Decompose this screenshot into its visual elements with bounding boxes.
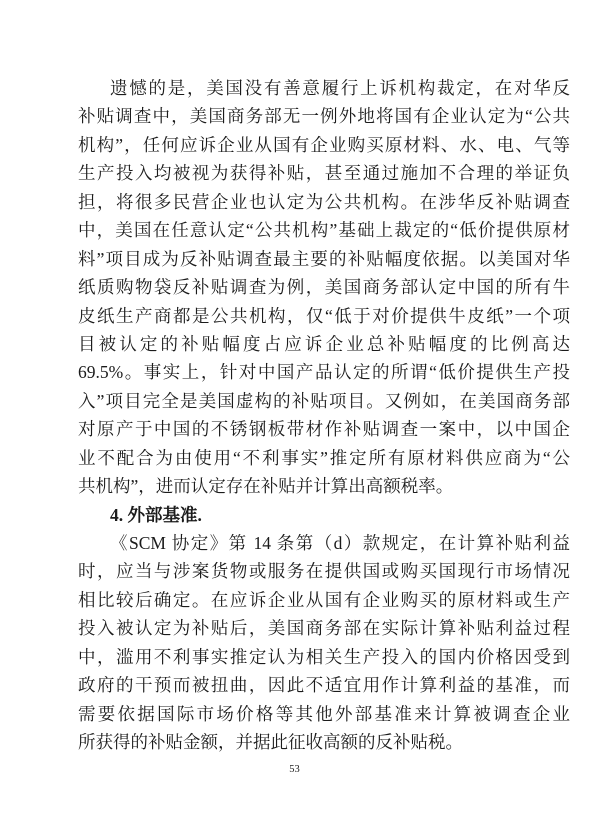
text-line: 皮纸生产商都是公共机构，仅“低于对价提供牛皮纸”一个项 — [78, 302, 570, 330]
paragraph: 《SCM 协定》第 14 条第（d）款规定，在计算补贴利益时，应当与涉案货物或服… — [78, 529, 570, 757]
text-line: 机构”，任何应诉企业从国有企业购买原材料、水、电、气等 — [78, 131, 570, 159]
paragraph: 遗憾的是，美国没有善意履行上诉机构裁定，在对华反补贴调查中，美国商务部无一例外地… — [78, 74, 570, 501]
page-number: 53 — [0, 764, 589, 775]
text-line: 补贴调查中，美国商务部无一例外地将国有企业认定为“公共 — [78, 102, 570, 130]
text-line: 生产投入均被视为获得补贴，甚至通过施加不合理的举证负 — [78, 159, 570, 187]
text-line: 业不配合为由使用“不利事实”推定所有原材料供应商为“公 — [78, 444, 570, 472]
text-line: 中，美国在任意认定“公共机构”基础上裁定的“低价提供原材 — [78, 216, 570, 244]
text-line: 时，应当与涉案货物或服务在提供国或购买国现行市场情况 — [78, 557, 570, 585]
text-line: 需要依据国际市场价格等其他外部基准来计算被调查企业 — [78, 700, 570, 728]
text-block: 遗憾的是，美国没有善意履行上诉机构裁定，在对华反补贴调查中，美国商务部无一例外地… — [78, 74, 570, 757]
text-line: 入”项目完全是美国虚构的补贴项目。又例如，在美国商务部 — [78, 387, 570, 415]
text-line: 所获得的补贴金额，并据此征收高额的反补贴税。 — [78, 728, 570, 756]
text-line: 共机构”，进而认定存在补贴并计算出高额税率。 — [78, 472, 570, 500]
text-line: 担，将很多民营企业也认定为公共机构。在涉华反补贴调查 — [78, 188, 570, 216]
document-page: 遗憾的是，美国没有善意履行上诉机构裁定，在对华反补贴调查中，美国商务部无一例外地… — [0, 0, 589, 833]
text-line: 纸质购物袋反补贴调查为例，美国商务部认定中国的所有牛 — [78, 273, 570, 301]
text-line: 遗憾的是，美国没有善意履行上诉机构裁定，在对华反 — [78, 74, 570, 102]
text-line: 投入被认定为补贴后，美国商务部在实际计算补贴利益过程 — [78, 614, 570, 642]
text-line: 中，滥用不利事实推定认为相关生产投入的国内价格因受到 — [78, 643, 570, 671]
text-line: 料”项目成为反补贴调查最主要的补贴幅度依据。以美国对华 — [78, 245, 570, 273]
text-line: 目被认定的补贴幅度占应诉企业总补贴幅度的比例高达 — [78, 330, 570, 358]
text-line: 《SCM 协定》第 14 条第（d）款规定，在计算补贴利益 — [78, 529, 570, 557]
section-heading: 4. 外部基准. — [78, 501, 570, 529]
text-line: 对原产于中国的不锈钢板带材作补贴调查一案中，以中国企 — [78, 415, 570, 443]
text-line: 相比较后确定。在应诉企业从国有企业购买的原材料或生产 — [78, 586, 570, 614]
text-line: 69.5%。事实上，针对中国产品认定的所谓“低价提供生产投 — [78, 358, 570, 386]
text-line: 政府的干预而被扭曲，因此不适宜用作计算利益的基准，而 — [78, 671, 570, 699]
